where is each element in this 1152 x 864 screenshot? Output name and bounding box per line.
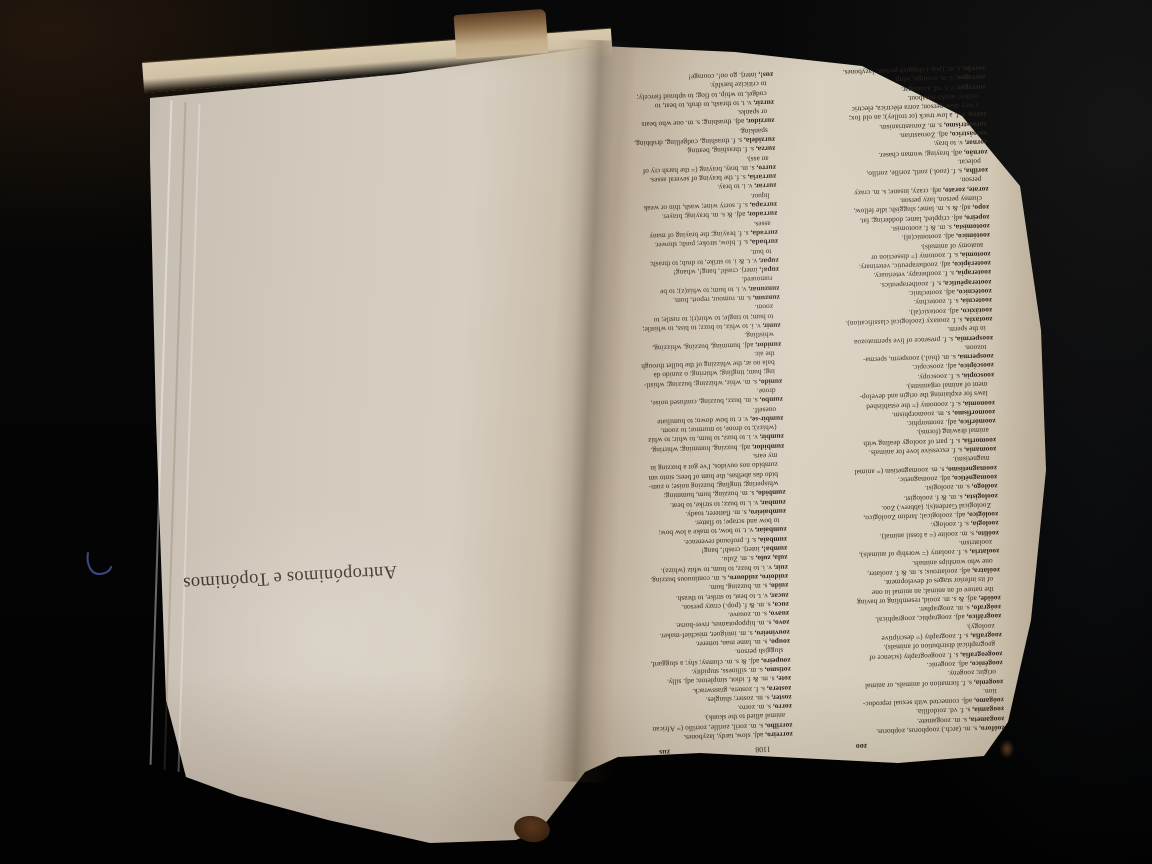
page-number: 1108	[755, 744, 771, 754]
photo-of-open-book: Antropónimos e Topónimos zoo 1108 zus zo…	[0, 0, 1152, 864]
text-columns: zoóforo, s. m. (arch.) zoophorus, zophor…	[575, 64, 1005, 745]
guide-word-right: zus	[659, 747, 670, 757]
dictionary-page-1108: zoo 1108 zus zoóforo, s. m. (arch.) zoop…	[575, 54, 1005, 760]
dictionary-column-zu: zorreiro, adj. slow, tardy, lazybones.zo…	[575, 70, 793, 745]
dictionary-column-zoo: zoóforo, s. m. (arch.) zoophorus, zophor…	[787, 64, 1005, 739]
blue-ink-mark	[84, 550, 114, 582]
spine-headband-top	[454, 9, 549, 59]
guide-word-left: zoo	[856, 741, 868, 751]
